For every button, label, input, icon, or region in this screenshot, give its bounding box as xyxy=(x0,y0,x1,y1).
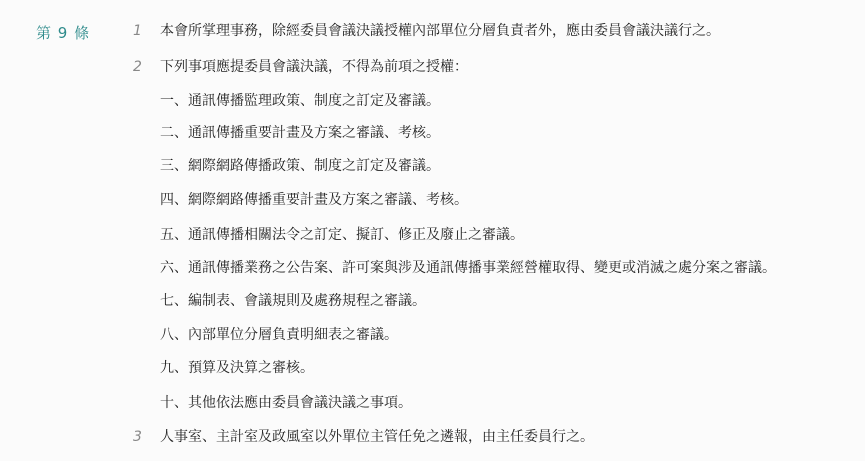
list-item: 七、編制表、會議規則及處務規程之審議。 xyxy=(160,290,426,312)
list-item: 一、通訊傳播監理政策、制度之訂定及審議。 xyxy=(160,90,440,112)
list-item: 八、內部單位分層負責明細表之審議。 xyxy=(160,324,398,346)
paragraph-text: 本會所掌理事務，除經委員會議決議授權內部單位分層負責者外，應由委員會議決議行之。 xyxy=(160,20,720,42)
paragraph-text: 下列事項應提委員會議決議，不得為前項之授權： xyxy=(160,56,468,78)
paragraph-number: 3 xyxy=(133,426,147,448)
paragraph-number: 2 xyxy=(133,56,147,78)
list-item: 九、預算及決算之審核。 xyxy=(160,357,314,379)
list-item: 五、通訊傳播相關法令之訂定、擬訂、修正及廢止之審議。 xyxy=(160,224,524,246)
list-item: 六、通訊傳播業務之公告案、許可案與涉及通訊傳播事業經營權取得、變更或消滅之處分案… xyxy=(160,257,776,279)
article-number-label: 第 9 條 xyxy=(36,22,90,43)
paragraph-number: 1 xyxy=(133,20,147,42)
list-item: 三、網際網路傳播政策、制度之訂定及審議。 xyxy=(160,155,440,177)
list-item: 二、通訊傳播重要計畫及方案之審議、考核。 xyxy=(160,122,440,144)
list-item: 十、其他依法應由委員會議決議之事項。 xyxy=(160,392,412,414)
paragraph-text: 人事室、主計室及政風室以外單位主管任免之遴報，由主任委員行之。 xyxy=(160,426,594,448)
list-item: 四、網際網路傳播重要計畫及方案之審議、考核。 xyxy=(160,189,468,211)
